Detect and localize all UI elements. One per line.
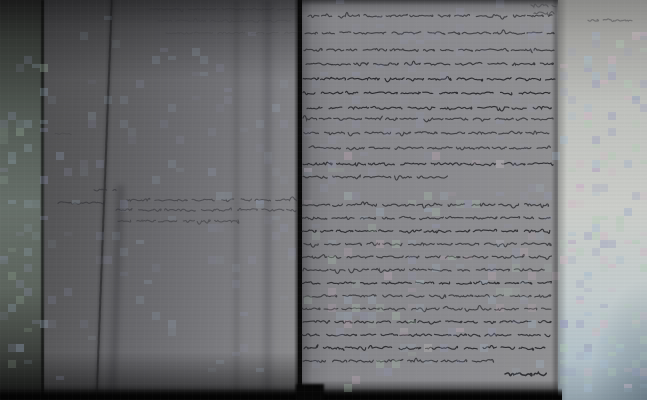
signature-flourish [505, 372, 546, 375]
manuscript-photograph [0, 0, 647, 400]
jpeg-artifact-blocks [0, 0, 647, 392]
handwriting-layer [0, 0, 647, 400]
right-paragraph-2 [302, 202, 551, 362]
corner-marks [531, 4, 632, 21]
